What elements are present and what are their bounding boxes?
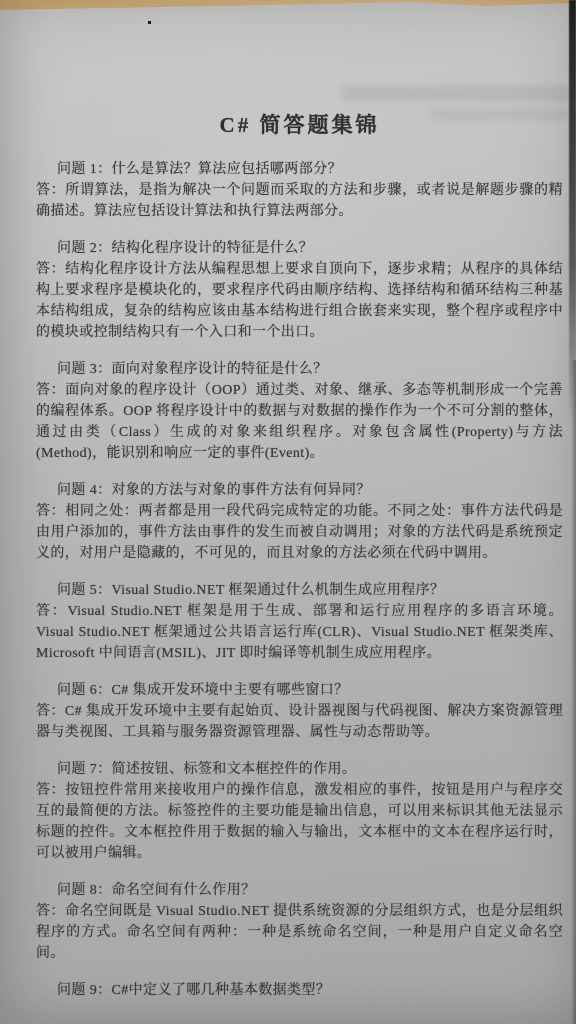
question-text: 问题 6：C# 集成开发环境中主要有哪些窗口？ xyxy=(36,680,563,701)
paper-edge-shadow xyxy=(571,360,576,1024)
qa-block: 问题 6：C# 集成开发环境中主要有哪些窗口？ 答：C# 集成开发环境中主要有起… xyxy=(36,680,563,743)
qa-block: 问题 5：Visual Studio.NET 框架通过什么机制生成应用程序？ 答… xyxy=(36,580,563,664)
question-text: 问题 3：面向对象程序设计的特征是什么？ xyxy=(36,359,563,380)
qa-list: 问题 1：什么是算法？算法应包括哪两部分？ 答：所谓算法，是指为解决一个问题而采… xyxy=(36,159,563,1001)
question-text: 问题 9：C#中定义了哪几种基本数据类型？ xyxy=(36,980,563,1001)
document-content: C# 简答题集锦 问题 1：什么是算法？算法应包括哪两部分？ 答：所谓算法，是指… xyxy=(36,112,563,1017)
answer-text: 答：相同之处：两者都是用一段代码完成特定的功能。不同之处：事件方法代码是由用户添… xyxy=(36,501,563,564)
answer-text: 答：命名空间既是 Visual Studio.NET 提供系统资源的分层组织方式… xyxy=(36,901,563,964)
answer-text: 答：C# 集成开发环境中主要有起始页、设计器视图与代码视图、解决方案资源管理器与… xyxy=(36,701,563,743)
question-text: 问题 1：什么是算法？算法应包括哪两部分？ xyxy=(36,159,563,180)
photo-of-document: C# 简答题集锦 问题 1：什么是算法？算法应包括哪两部分？ 答：所谓算法，是指… xyxy=(0,0,576,1024)
answer-text: 答：按钮控件常用来接收用户的操作信息，激发相应的事件，按钮是用户与程序交互的最简… xyxy=(36,780,563,864)
answer-text: 答：结构化程序设计方法从编程思想上要求自顶向下，逐步求精；从程序的具体结构上要求… xyxy=(36,259,563,343)
qa-block: 问题 1：什么是算法？算法应包括哪两部分？ 答：所谓算法，是指为解决一个问题而采… xyxy=(36,159,563,222)
ink-bleed-through-mark xyxy=(342,86,570,101)
question-text: 问题 8：命名空间有什么作用？ xyxy=(36,880,563,901)
answer-text: 答：Visual Studio.NET 框架是用于生成、部署和运行应用程序的多语… xyxy=(36,601,563,664)
dust-speck xyxy=(148,21,151,24)
question-text: 问题 7：简述按钮、标签和文本框控件的作用。 xyxy=(36,759,563,780)
qa-block: 问题 8：命名空间有什么作用？ 答：命名空间既是 Visual Studio.N… xyxy=(36,880,563,964)
qa-block: 问题 3：面向对象程序设计的特征是什么？ 答：面向对象的程序设计（OOP）通过类… xyxy=(36,359,563,464)
question-text: 问题 4：对象的方法与对象的事件方法有何异同？ xyxy=(36,480,563,501)
qa-block: 问题 7：简述按钮、标签和文本框控件的作用。 答：按钮控件常用来接收用户的操作信… xyxy=(36,759,563,864)
qa-block: 问题 2：结构化程序设计的特征是什么？ 答：结构化程序设计方法从编程思想上要求自… xyxy=(36,238,563,343)
answer-text: 答：面向对象的程序设计（OOP）通过类、对象、继承、多态等机制形成一个完善的编程… xyxy=(36,380,563,464)
answer-text: 答：所谓算法，是指为解决一个问题而采取的方法和步骤，或者说是解题步骤的精确描述。… xyxy=(36,180,563,222)
document-title: C# 简答题集锦 xyxy=(36,112,563,138)
qa-block: 问题 4：对象的方法与对象的事件方法有何异同？ 答：相同之处：两者都是用一段代码… xyxy=(36,480,563,564)
question-text: 问题 5：Visual Studio.NET 框架通过什么机制生成应用程序？ xyxy=(36,580,563,601)
question-text: 问题 2：结构化程序设计的特征是什么？ xyxy=(36,238,563,259)
qa-block: 问题 9：C#中定义了哪几种基本数据类型？ xyxy=(36,980,563,1001)
